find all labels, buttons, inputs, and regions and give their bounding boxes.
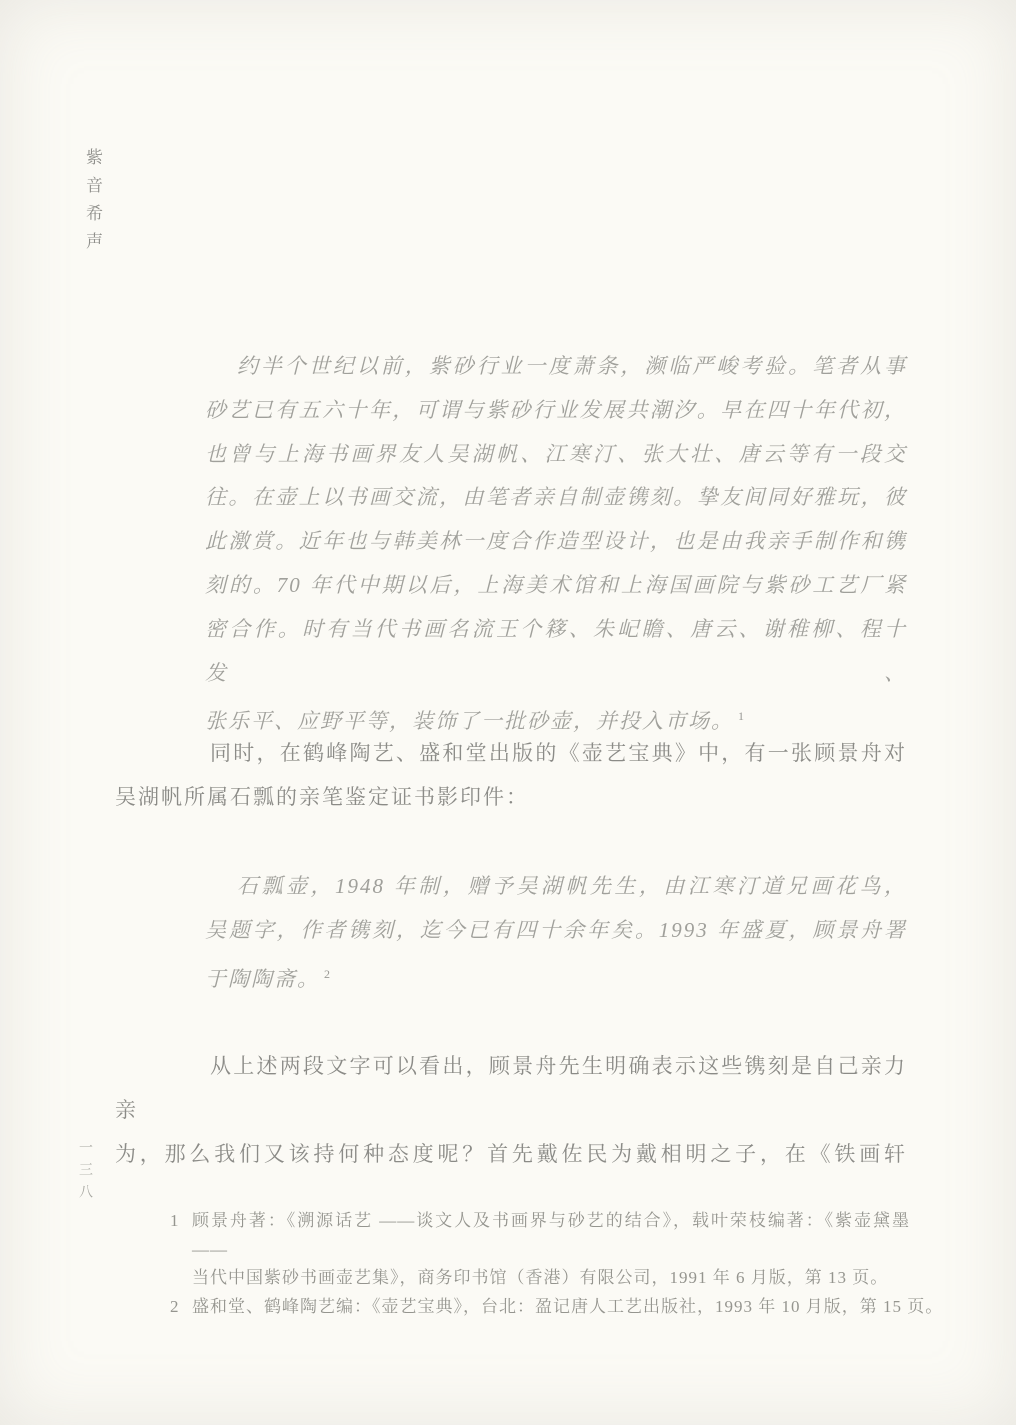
book-page: 紫音希声 约半个世纪以前，紫砂行业一度萧条，濒临严峻考验。笔者从事 砂艺已有五六…	[0, 0, 1016, 1425]
footnote-1-marker: 1	[170, 1207, 179, 1236]
footnote-2-marker: 2	[170, 1293, 179, 1322]
running-title: 紫音希声	[80, 148, 105, 260]
quote1-line-5: 此激赏。近年也与韩美林一度合作造型设计，也是由我亲手制作和镌	[205, 520, 907, 564]
quote1-line-7: 密合作。时有当代书画名流王个簃、朱屺瞻、唐云、谢稚柳、程十发、	[205, 608, 907, 696]
paragraph-3: 从上述两段文字可以看出，顾景舟先生明确表示这些镌刻是自己亲力亲 为，那么我们又该…	[115, 1044, 907, 1176]
para3-line-1: 从上述两段文字可以看出，顾景舟先生明确表示这些镌刻是自己亲力亲	[115, 1044, 907, 1132]
quote2-line-3-text: 于陶陶斋。	[205, 967, 320, 991]
footnote-1-line-2: 当代中国紫砂书画壶艺集》，商务印书馆（香港）有限公司，1991 年 6 月版，第…	[192, 1264, 910, 1293]
footnotes: 1 顾景舟著：《溯源话艺 ——谈文人及书画界与砂艺的结合》，载叶荣枝编著：《紫壶…	[170, 1207, 910, 1321]
quote1-line-6: 刻的。70 年代中期以后，上海美术馆和上海国画院与紫砂工艺厂紧	[205, 564, 907, 608]
quote1-line-4: 往。在壶上以书画交流，由笔者亲自制壶镌刻。挚友间同好雅玩，彼	[205, 476, 907, 520]
quote1-line-2: 砂艺已有五六十年，可谓与紫砂行业发展共潮汐。早在四十年代初，	[205, 389, 907, 433]
para2-line-1: 同时，在鹤峰陶艺、盛和堂出版的《壶艺宝典》中，有一张顾景舟对	[115, 731, 907, 775]
para3-line-2: 为，那么我们又该持何种态度呢？首先戴佐民为戴相明之子，在《铁画轩	[115, 1132, 907, 1176]
para2-line-2: 吴湖帆所属石瓢的亲笔鉴定证书影印件：	[115, 775, 907, 819]
quote1-line-3: 也曾与上海书画界友人吴湖帆、江寒汀、张大壮、唐云等有一段交	[205, 433, 907, 477]
footnote-2-line-1: 盛和堂、鹤峰陶艺编：《壶艺宝典》，台北：盈记唐人工艺出版社，1993 年 10 …	[192, 1293, 910, 1322]
paragraph-2: 同时，在鹤峰陶艺、盛和堂出版的《壶艺宝典》中，有一张顾景舟对 吴湖帆所属石瓢的亲…	[115, 731, 907, 819]
quote1-line-1: 约半个世纪以前，紫砂行业一度萧条，濒临严峻考验。笔者从事	[205, 345, 907, 389]
footnote-ref-2: 2	[324, 967, 330, 981]
block-quote-1: 约半个世纪以前，紫砂行业一度萧条，濒临严峻考验。笔者从事 砂艺已有五六十年，可谓…	[205, 345, 907, 744]
quote1-line-8-text: 张乐平、应野平等，装饰了一批砂壶，并投入市场。	[205, 709, 734, 733]
page-number: 一三八	[74, 1140, 94, 1206]
footnote-1-line-1: 顾景舟著：《溯源话艺 ——谈文人及书画界与砂艺的结合》，载叶荣枝编著：《紫壶黛墨…	[192, 1207, 910, 1264]
quote2-line-3: 于陶陶斋。2	[205, 952, 907, 1001]
quote2-line-2: 吴题字，作者镌刻，迄今已有四十余年矣。1993 年盛夏，顾景舟署	[205, 908, 907, 952]
block-quote-2: 石瓢壶，1948 年制，赠予吴湖帆先生，由江寒汀道兄画花鸟， 吴题字，作者镌刻，…	[205, 864, 907, 1001]
footnote-2: 2 盛和堂、鹤峰陶艺编：《壶艺宝典》，台北：盈记唐人工艺出版社，1993 年 1…	[170, 1293, 910, 1322]
quote2-line-1: 石瓢壶，1948 年制，赠予吴湖帆先生，由江寒汀道兄画花鸟，	[205, 864, 907, 908]
footnote-1: 1 顾景舟著：《溯源话艺 ——谈文人及书画界与砂艺的结合》，载叶荣枝编著：《紫壶…	[170, 1207, 910, 1293]
footnote-ref-1: 1	[738, 709, 744, 723]
